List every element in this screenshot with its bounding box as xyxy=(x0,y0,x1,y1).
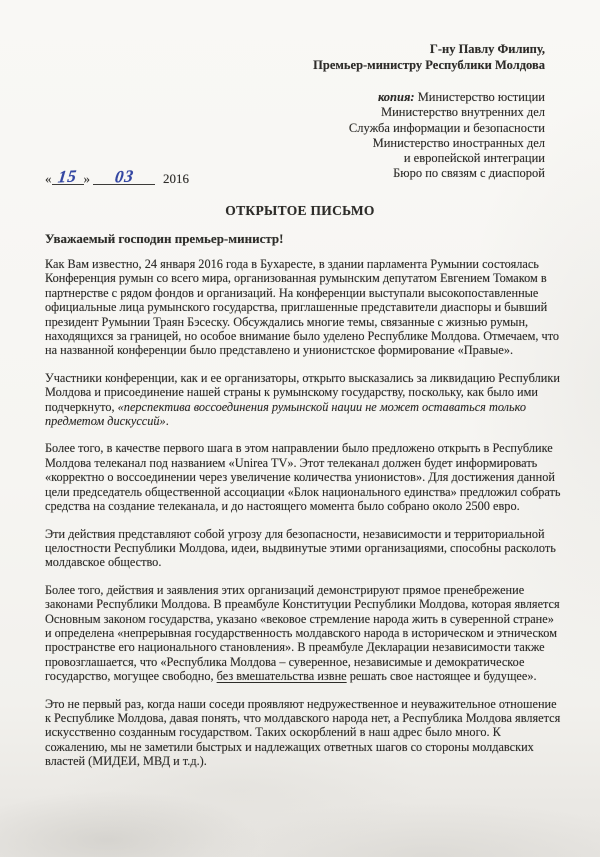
paragraph: Участники конференции, как и ее организа… xyxy=(45,371,562,429)
paragraph: Эти действия представляют собой угрозу д… xyxy=(45,527,562,570)
copy-item: Министерство иностранных дел xyxy=(349,136,545,151)
paragraph: Более того, действия и заявления этих ор… xyxy=(45,583,562,684)
paragraph-text: Как Вам известно, 24 января 2016 года в … xyxy=(45,257,559,357)
recipient-line: Г-ну Павлу Филипу, xyxy=(313,42,545,58)
date-year: 2016 xyxy=(163,171,189,186)
paragraph: Более того, в качестве первого шага в эт… xyxy=(45,441,562,513)
paragraph-text: Эти действия представляют собой угрозу д… xyxy=(45,527,556,570)
copy-item: Бюро по связям с диаспорой xyxy=(349,166,545,181)
paragraph-text: . xyxy=(166,414,169,428)
salutation: Уважаемый господин премьер-министр! xyxy=(45,231,283,247)
copy-item: и европейской интеграции xyxy=(349,151,545,166)
handwritten-day: 15 xyxy=(57,166,78,187)
copy-line: копия: Министерство юстиции xyxy=(349,90,545,105)
letter-body: Как Вам известно, 24 января 2016 года в … xyxy=(45,257,562,782)
paragraph: Это не первый раз, когда наши соседи про… xyxy=(45,697,562,769)
paragraph: Как Вам известно, 24 января 2016 года в … xyxy=(45,257,562,358)
date-month-blank: 03 xyxy=(93,168,155,185)
copy-label: копия: xyxy=(378,90,415,104)
handwritten-month: 03 xyxy=(113,166,134,187)
paragraph-italic-segment: «перспектива воссоединения румынской нац… xyxy=(45,400,526,428)
scanned-letter-page: Г-ну Павлу Филипу, Премьер-министру Респ… xyxy=(0,0,600,857)
close-quote: » xyxy=(84,171,91,186)
paragraph-text: Более того, действия и заявления этих ор… xyxy=(45,583,560,683)
letter-title: ОТКРЫТОЕ ПИСЬМО xyxy=(0,203,600,219)
copy-item: Министерство внутренних дел xyxy=(349,105,545,120)
paragraph-text: решать свое настоящее и будущее». xyxy=(347,669,537,683)
copy-block: копия: Министерство юстиции Министерство… xyxy=(349,90,545,182)
date-line: «15»032016 xyxy=(45,168,189,187)
paragraph-text: Это не первый раз, когда наши соседи про… xyxy=(45,697,560,769)
paragraph-underline-segment: без вмешательства извне xyxy=(217,669,347,683)
recipient-line: Премьер-министру Республики Молдова xyxy=(313,58,545,74)
date-day-blank: 15 xyxy=(52,168,84,185)
copy-item: Служба информации и безопасности xyxy=(349,121,545,136)
paragraph-text: Более того, в качестве первого шага в эт… xyxy=(45,441,561,513)
copy-item: Министерство юстиции xyxy=(418,90,545,104)
recipient-block: Г-ну Павлу Филипу, Премьер-министру Респ… xyxy=(313,42,545,73)
